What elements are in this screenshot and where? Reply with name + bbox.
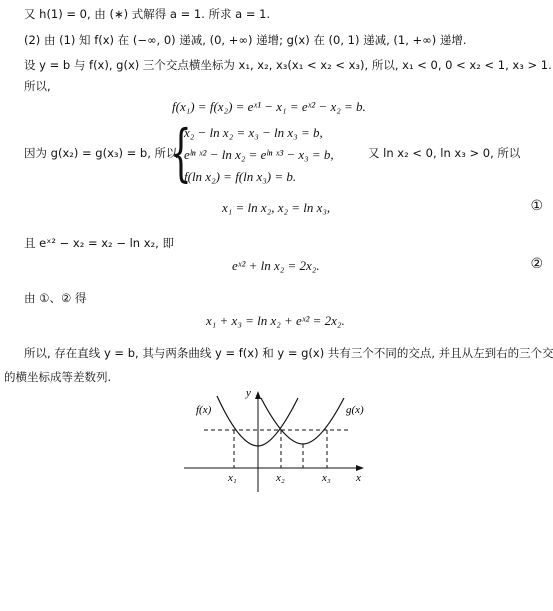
tick-label-x1: x₁: [227, 472, 237, 484]
equation-arithmetic: x₁ + x₃ = ln x₂ + eˣ² = 2x₂.: [206, 313, 345, 329]
tick-label-x2: x₂: [275, 472, 285, 484]
paragraph-from-1-2: 由 ①、② 得: [24, 290, 86, 306]
y-axis-label: y: [245, 387, 251, 399]
paragraph-intersections: 设 y = b 与 f(x), g(x) 三个交点横坐标为 x₁, x₂, x₃…: [24, 57, 552, 73]
function-graph-figure: y x f(x) g(x) x₁ x₂ x₃: [170, 380, 380, 500]
x-axis-arrow-icon: [356, 465, 364, 471]
tick-label-x3: x₃: [321, 472, 331, 484]
paragraph-ln-signs: 又 ln x₂ < 0, ln x₃ > 0, 所以: [368, 145, 520, 161]
equation-number-1: ①: [530, 198, 543, 214]
equation-number-2: ②: [530, 256, 543, 272]
system-line-1: x₂ − ln x₂ = x₃ − ln x₃ = b,: [184, 122, 334, 144]
paragraph-monotonicity: (2) 由 (1) 知 f(x) 在 (−∞, 0) 递减, (0, +∞) 递…: [24, 32, 467, 48]
system-line-2: eˡⁿ ˣ² − ln x₂ = eˡⁿ ˣ³ − x₃ = b,: [184, 144, 334, 166]
curve-g-label: g(x): [346, 404, 364, 416]
paragraph-final-conclusion: 所以, 存在直线 y = b, 其与两条曲线 y = f(x) 和 y = g(…: [24, 345, 553, 361]
curve-f-label: f(x): [196, 404, 212, 416]
equation-f-equal: f(x₁) = f(x₂) = eˣ¹ − x₁ = eˣ² − x₂ = b.: [172, 99, 366, 115]
paragraph-final-conclusion-cont: 的横坐标成等差数列.: [4, 369, 111, 385]
y-axis-arrow-icon: [255, 391, 261, 399]
system-line-3: f(ln x₂) = f(ln x₃) = b.: [184, 166, 334, 188]
paragraph-therefore: 所以,: [24, 78, 51, 94]
x-axis-label: x: [355, 472, 361, 484]
paragraph-and-e: 且 eˣ² − x₂ = x₂ − ln x₂, 即: [24, 235, 174, 251]
equation-2: eˣ² + ln x₂ = 2x₂.: [232, 258, 320, 274]
paragraph-conclusion-a: 又 h(1) = 0, 由 (∗) 式解得 a = 1. 所求 a = 1.: [24, 6, 270, 22]
paragraph-because-g: 因为 g(x₂) = g(x₃) = b, 所以: [24, 145, 178, 161]
equation-1: x₁ = ln x₂, x₂ = ln x₃,: [222, 200, 330, 216]
